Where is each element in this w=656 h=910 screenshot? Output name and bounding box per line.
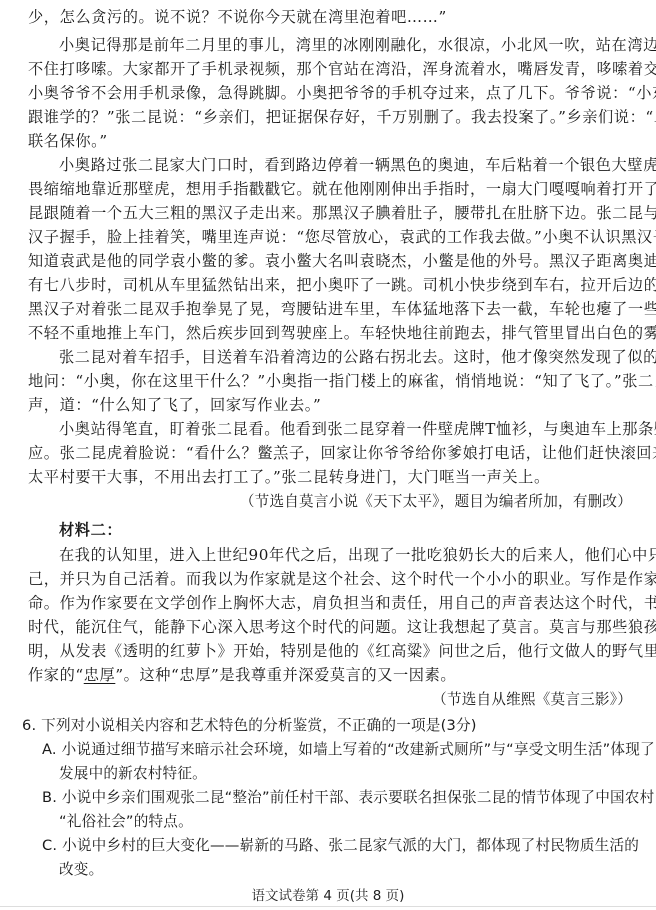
text-line: 命。作为作家要在文学创作上胸怀大志，肩负担当和责任，用自己的声音表达这个时代，书… <box>28 591 656 615</box>
text-line: 联名保你。” <box>28 129 108 153</box>
option-b: B. 小说中乡亲们围观张二昆“整治”前任村干部、表示要联名担保张二昆的情节体现了… <box>28 786 654 810</box>
paragraph-start: 小奥路过张二昆家大门口时，看到路边停着一辆黑色的奥迪，车后粘着一个银色大壁虎。他… <box>28 153 656 177</box>
source-citation: （节选自从维熙《莫言三影》） <box>432 688 632 712</box>
paragraph-start: 小奥记得那是前年二月里的事儿，湾里的冰刚刚融化，水很凉，小北风一吹，站在湾边的人… <box>28 33 656 57</box>
text-line: 不轻不重地推上车门，然后疾步回到驾驶座上。车轻快地往前跑去，排气管里冒出白色的雾… <box>28 321 656 345</box>
text-line: 应。张二昆虎着脸说：“看什么？鳖羔子，回家让你爷爷给你爹娘打电话，让他们赶快滚回… <box>28 441 656 465</box>
text-line: 黑汉子对着张二昆双手抱拳晃了晃，弯腰钻进车里，车体猛地落下去一截，车轮也瘪了一些… <box>28 297 656 321</box>
text-line: 明，从发表《透明的红萝卜》开始，特别是他的《红高粱》问世之后，他行文做人的野气里… <box>28 639 656 663</box>
paragraph-start: 在我的认知里，进入上世纪90年代之后，出现了一批吃狼奶长大的后来人，他们心中只有… <box>28 543 656 567</box>
question-stem: 6. 下列对小说相关内容和艺术特色的分析鉴赏，不正确的一项是(3分) <box>22 714 477 738</box>
option-a: A. 小说通过细节描写来暗示社会环境，如墙上写着的“改建新式厕所”与“享受文明生… <box>28 738 655 762</box>
text-line: 跟谁学的？”张二昆说：“乡亲们，把证据保存好，千万别删了。我去投案了。”乡亲们说… <box>28 105 656 129</box>
text-line: 作家的“忠厚”。这种“忠厚”是我尊重并深爱莫言的又一因素。 <box>28 663 456 687</box>
text-line: 昆跟随着一个五大三粗的黑汉子走出来。那黑汉子腆着肚子，腰带扎在肚脐下边。张二昆与… <box>28 201 656 225</box>
paragraph-start: 小奥站得笔直，盯着张二昆看。他看到张二昆穿着一件壁虎牌T恤衫，与奥迪车上那条壁虎… <box>28 417 656 441</box>
option-c: C. 小说中乡村的巨大变化——崭新的马路、张二昆家气派的大门，都体现了村民物质生… <box>28 834 639 858</box>
text-line: 太平村要干大事，不用出去打工了。”张二昆转身进门，大门哐当一声关上。 <box>28 465 550 489</box>
text-line: 己，并只为自己活着。而我以为作家就是这个社会、这个时代一个小小的职业。写作是作家… <box>28 567 656 591</box>
source-citation: （节选自莫言小说《天下太平》，题目为编者所加，有删改） <box>240 490 632 514</box>
text-line: 不住打哆嗦。大家都开了手机录视频，那个官站在湾沿，浑身流着水，嘴唇发青，哆嗦着交… <box>28 57 656 81</box>
option-c-cont: 改变。 <box>28 858 103 882</box>
section-heading: 材料二： <box>28 518 122 542</box>
text-line: 畏缩缩地靠近那壁虎，想用手指戳戳它。就在他刚刚伸出手指时，一扇大门嘎嘎响着打开了… <box>28 177 656 201</box>
bottom-divider <box>0 906 656 907</box>
text-line: 汉子握手，脸上挂着笑，嘴里连声说：“您尽管放心，袁武的工作我去做。”小奥不认识黑… <box>28 225 656 249</box>
text-line: 小奥爷爷不会用手机录像，急得跳脚。小奥把爷爷的手机夺过来，点了几下。爷爷说：“小… <box>28 81 656 105</box>
page-footer: 语文试卷第 4 页(共 8 页) <box>0 884 656 904</box>
text-line: 有七八步时，司机从车里猛然钻出来，把小奥吓了一跳。司机小快步绕到车右，拉开后边的… <box>28 273 656 297</box>
text-line: 地问：“小奥，你在这里干什么？”小奥指一指门楼上的麻雀，悄悄地说：“知了飞了。”… <box>28 369 656 393</box>
text-line: 声，道：“什么知了飞了，回家写作业去。” <box>28 393 321 417</box>
option-a-cont: 发展中的新农村特征。 <box>28 762 207 786</box>
text-line: 少，怎么贪污的。说不说？不说你今天就在湾里泡着吧……” <box>28 5 447 29</box>
text-fragment: ”。这种“忠厚”是我尊重并深爱莫言的又一因素。 <box>115 666 456 684</box>
underlined-term: 忠厚 <box>84 666 116 684</box>
text-line: 时代，能沉住气，能静下心深入思考这个时代的问题。这让我想起了莫言。莫言与那些狼孩… <box>28 615 656 639</box>
text-line: 知道袁武是他的同学袁小鳖的爹。袁小鳖大名叫袁晓杰，小鳖是他的外号。黑汉子距离奥迪… <box>28 249 656 273</box>
option-b-cont: “礼俗社会”的特点。 <box>28 810 193 834</box>
paragraph-start: 张二昆对着车招手，目送着车沿着湾边的公路右拐北去。这时，他才像突然发现了似的，惊… <box>28 345 656 369</box>
text-fragment: 作家的“ <box>28 666 84 684</box>
